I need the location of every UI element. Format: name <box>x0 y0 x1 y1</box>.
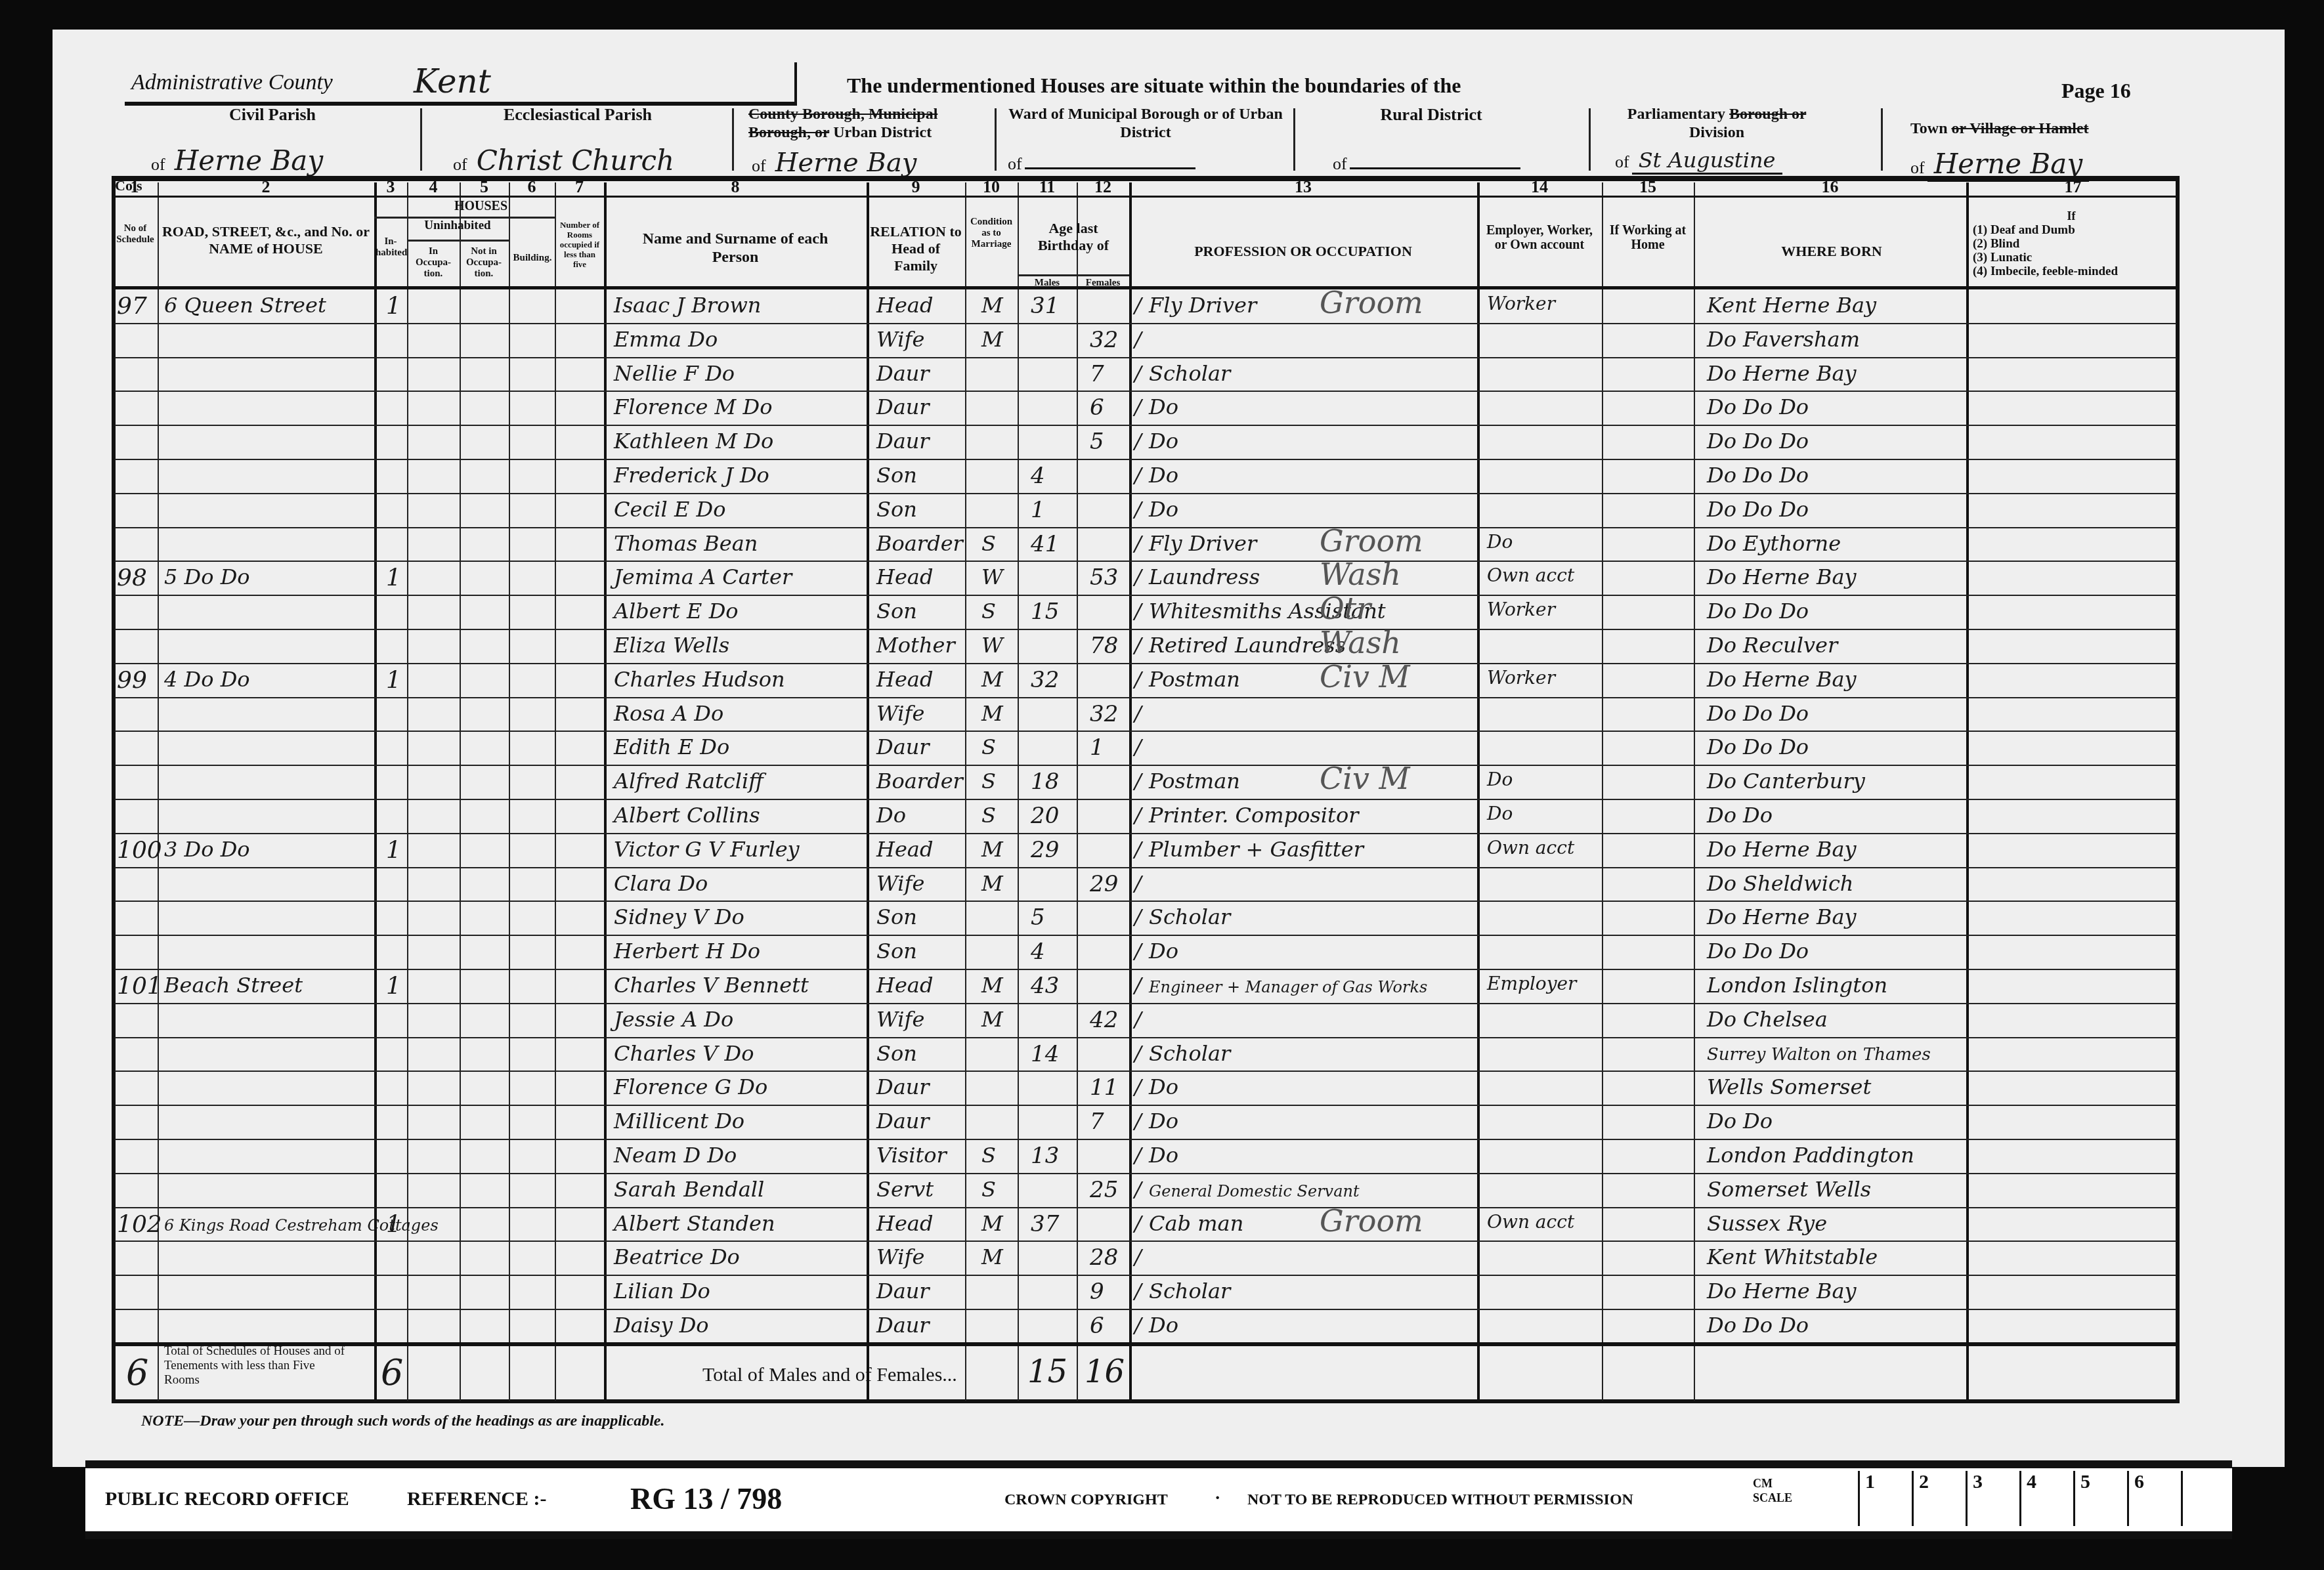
header-employer: Employer, Worker, or Own account <box>1480 223 1599 252</box>
rural-district-label: Rural District <box>1326 105 1536 125</box>
column-number: 8 <box>604 177 867 197</box>
birthplace: Do Do <box>1707 803 1773 828</box>
occupation: General Domestic Servant <box>1149 1182 1360 1200</box>
schedule-number: 100 <box>117 837 162 864</box>
table-row: Nellie F DoDaur7/ScholarDo Herne Bay <box>0 361 2324 395</box>
person-name: Rosa A Do <box>614 701 723 726</box>
employment-status: Do <box>1487 531 1513 553</box>
column-number: 12 <box>1077 177 1129 197</box>
table-row: Jessie A DoWifeM42/Do Chelsea <box>0 1007 2324 1041</box>
male-age: 43 <box>1031 973 1059 999</box>
tick-mark: / <box>1134 904 1142 929</box>
header-males: Males <box>1019 278 1075 289</box>
table-row: Alfred RatcliffBoarderS18/PostmanCiv MDo… <box>0 769 2324 803</box>
male-age: 37 <box>1031 1211 1059 1237</box>
rural-district-value <box>1350 167 1520 169</box>
male-age: 4 <box>1031 939 1045 965</box>
relation: Head <box>876 293 933 318</box>
relation: Head <box>876 564 933 589</box>
table-row: Clara DoWifeM29/Do Sheldwich <box>0 871 2324 905</box>
occupation: Retired Laundress <box>1149 633 1346 658</box>
male-age: 18 <box>1031 769 1059 795</box>
header-address: ROAD, STREET, &c., and No. or NAME of HO… <box>161 223 371 257</box>
occupation: Do <box>1149 939 1178 964</box>
person-name: Nellie F Do <box>614 361 735 386</box>
scale-mark: 4 <box>2019 1471 2071 1526</box>
eccl-parish-value: Christ Church <box>470 144 681 179</box>
occupation: Cab man <box>1149 1211 1243 1236</box>
total-houses-count: 6 <box>381 1352 403 1393</box>
person-name: Thomas Bean <box>614 531 758 556</box>
occupation-annotation: Wash <box>1320 625 1401 660</box>
county-borough-value: Herne Bay <box>769 148 924 180</box>
intro-text: The undermentioned Houses are situate wi… <box>847 74 1461 98</box>
table-row: Kathleen M DoDaur5/DoDo Do Do <box>0 429 2324 463</box>
relation: Boarder <box>876 769 963 794</box>
total-schedules-label: Total of Schedules of Houses and of Tene… <box>164 1344 348 1388</box>
female-age: 25 <box>1090 1177 1118 1203</box>
person-name: Charles V Bennett <box>614 973 809 998</box>
column-number: 2 <box>158 177 374 197</box>
marital-condition: M <box>981 871 1003 896</box>
person-name: Albert Collins <box>614 803 760 828</box>
parliamentary-label: Parliamentary Borough or Division <box>1608 105 1825 142</box>
female-age: 1 <box>1090 734 1104 761</box>
relation: Daur <box>876 1313 930 1338</box>
table-row: Daisy DoDaur6/DoDo Do Do <box>0 1313 2324 1347</box>
scale-mark: 2 <box>1912 1471 1963 1526</box>
table-row: 101Beach Street1Charles V BennettHeadM43… <box>0 973 2324 1007</box>
occupation-annotation: Otr <box>1320 591 1371 626</box>
employment-status: Own acct <box>1487 564 1574 586</box>
birthplace: Do Do Do <box>1707 463 1809 488</box>
birthplace: Do Do Do <box>1707 734 1809 759</box>
employment-status: Do <box>1487 769 1513 790</box>
header-inhabited: In-habited <box>376 236 406 259</box>
occupation: Fly Driver <box>1149 531 1257 556</box>
employment-status: Do <box>1487 803 1513 824</box>
tick-mark: / <box>1134 734 1142 759</box>
column-number: 16 <box>1694 177 1966 197</box>
occupation: Scholar <box>1149 361 1230 386</box>
female-age: 7 <box>1090 361 1104 387</box>
marital-condition: M <box>981 1007 1003 1032</box>
birthplace: Do Do Do <box>1707 939 1809 964</box>
birthplace: Do Do Do <box>1707 1313 1809 1338</box>
occupation-annotation: Civ M <box>1320 761 1410 796</box>
tick-mark: / <box>1134 429 1142 454</box>
table-row: Edith E DoDaurS1/Do Do Do <box>0 734 2324 769</box>
table-row: Millicent DoDaur7/DoDo Do <box>0 1109 2324 1143</box>
relation: Head <box>876 667 933 692</box>
tick-mark: / <box>1134 871 1142 896</box>
table-row: Florence M DoDaur6/DoDo Do Do <box>0 394 2324 429</box>
relation: Mother <box>876 633 955 658</box>
marital-condition: S <box>981 1143 996 1168</box>
total-males: 15 <box>1027 1353 1067 1390</box>
header-houses: HOUSES <box>407 199 555 213</box>
scale-mark: 1 <box>1858 1471 1909 1526</box>
marital-condition: W <box>981 564 1003 589</box>
uninhabited-rule <box>407 240 509 242</box>
table-row: 1003 Do Do1Victor G V FurleyHeadM29/Plum… <box>0 837 2324 871</box>
employment-status: Worker <box>1487 667 1555 689</box>
table-row: Rosa A DoWifeM32/Do Do Do <box>0 701 2324 735</box>
occupation: Scholar <box>1149 1279 1230 1304</box>
person-name: Charles Hudson <box>614 667 785 692</box>
scale-label: CM SCALE <box>1753 1476 1792 1505</box>
employment-status: Own acct <box>1487 837 1574 859</box>
marital-condition: M <box>981 973 1003 998</box>
relation: Servt <box>876 1177 934 1202</box>
person-name: Jessie A Do <box>614 1007 733 1032</box>
male-age: 1 <box>1031 497 1045 523</box>
header-schedule: No of Schedule <box>115 223 156 245</box>
tick-mark: / <box>1134 1143 1142 1168</box>
tick-mark: / <box>1134 939 1142 964</box>
marital-condition: S <box>981 803 996 828</box>
occupation: Fly Driver <box>1149 293 1257 318</box>
birthplace: Do Herne Bay <box>1707 361 1857 386</box>
occupation-annotation: Groom <box>1320 285 1423 320</box>
column-number: 6 <box>509 177 555 197</box>
column-number: 14 <box>1477 177 1602 197</box>
marital-condition: S <box>981 1177 996 1202</box>
male-age: 29 <box>1031 837 1059 863</box>
tick-mark: / <box>1134 531 1142 556</box>
column-number: 9 <box>867 177 965 197</box>
occupation: Do <box>1149 1109 1178 1134</box>
occupation: Printer. Compositor <box>1149 803 1359 828</box>
inhabited-count: 1 <box>386 973 401 1000</box>
occupation: Do <box>1149 1143 1178 1168</box>
tick-mark: / <box>1134 667 1142 692</box>
schedule-number: 102 <box>117 1211 162 1238</box>
tick-mark: / <box>1134 327 1142 352</box>
birthplace: Do Do Do <box>1707 701 1809 726</box>
relation: Head <box>876 837 933 862</box>
copyright-separator: · <box>1215 1488 1220 1509</box>
relation: Daur <box>876 1109 930 1134</box>
tick-mark: / <box>1134 1074 1142 1099</box>
tick-mark: / <box>1134 803 1142 828</box>
scale-mark: 6 <box>2127 1471 2178 1526</box>
reference-value: RG 13 / 798 <box>630 1481 782 1516</box>
birthplace: Surrey Walton on Thames <box>1707 1045 1931 1065</box>
column-number: 5 <box>460 177 509 197</box>
relation: Son <box>876 497 917 522</box>
header-where-born: WHERE BORN <box>1700 244 1963 259</box>
relation: Son <box>876 904 917 929</box>
relation: Wife <box>876 871 924 896</box>
marital-condition: S <box>981 734 996 759</box>
permission-label: NOT TO BE REPRODUCED WITHOUT PERMISSION <box>1247 1491 1633 1509</box>
birthplace: Do Faversham <box>1707 327 1860 352</box>
tick-mark: / <box>1134 1109 1142 1134</box>
table-row: Albert E DoSonS15/Whitesmiths AssistantO… <box>0 599 2324 633</box>
tick-mark: / <box>1134 599 1142 624</box>
female-age: 6 <box>1090 1313 1104 1339</box>
header-age: Age last Birthday of <box>1024 220 1123 254</box>
ward-value <box>1025 167 1195 169</box>
admin-county-label: Administrative County <box>131 70 333 95</box>
occupation: Do <box>1149 429 1178 454</box>
person-name: Victor G V Furley <box>614 837 800 862</box>
employment-status: Worker <box>1487 293 1555 314</box>
person-name: Kathleen M Do <box>614 429 773 454</box>
tick-mark: / <box>1134 633 1142 658</box>
header-relation: RELATION to Head of Family <box>870 223 962 274</box>
header-building: Building. <box>511 253 554 264</box>
person-name: Daisy Do <box>614 1313 709 1338</box>
birthplace: Do Herne Bay <box>1707 837 1857 862</box>
occupation-annotation: Wash <box>1320 557 1401 592</box>
relation: Daur <box>876 361 930 386</box>
male-age: 32 <box>1031 667 1059 693</box>
occupation: Engineer + Manager of Gas Works <box>1149 978 1427 996</box>
header-infirmity: (1) Deaf and Dumb (2) Blind (3) Lunatic … <box>1973 223 2176 278</box>
occupation: Postman <box>1149 667 1240 692</box>
marital-condition: M <box>981 667 1003 692</box>
relation: Wife <box>876 701 924 726</box>
tick-mark: / <box>1134 564 1142 589</box>
column-number: 3 <box>374 177 407 197</box>
person-name: Herbert H Do <box>614 939 760 964</box>
scale-mark: 5 <box>2073 1471 2124 1526</box>
person-name: Jemima A Carter <box>614 564 792 589</box>
page-number: Page 16 <box>2061 79 2131 103</box>
person-name: Lilian Do <box>614 1279 710 1304</box>
occupation: Scholar <box>1149 904 1230 929</box>
footnote: NOTE—Draw your pen through such words of… <box>141 1412 664 1430</box>
relation: Son <box>876 463 917 488</box>
male-age: 31 <box>1031 293 1059 319</box>
person-name: Florence G Do <box>614 1074 767 1099</box>
tick-mark: / <box>1134 361 1142 386</box>
person-name: Sarah Bendall <box>614 1177 764 1202</box>
relation: Head <box>876 1211 933 1236</box>
birthplace: Do Do Do <box>1707 497 1809 522</box>
person-name: Emma Do <box>614 327 718 352</box>
birthplace: Sussex Rye <box>1707 1211 1827 1236</box>
relation: Wife <box>876 1007 924 1032</box>
county-borough-field: of Herne Bay <box>752 148 988 178</box>
header-occupation: PROFESSION OR OCCUPATION <box>1136 244 1471 259</box>
relation: Son <box>876 1041 917 1066</box>
total-persons-label: Total of Males and of Females... <box>702 1364 957 1386</box>
person-name: Neam D Do <box>614 1143 737 1168</box>
person-name: Eliza Wells <box>614 633 729 658</box>
column-number: 11 <box>1018 177 1077 197</box>
birthplace: Do Herne Bay <box>1707 1279 1857 1304</box>
birthplace: Do Do Do <box>1707 599 1809 624</box>
marital-condition: M <box>981 1211 1003 1236</box>
tick-mark: / <box>1134 1211 1142 1236</box>
person-name: Frederick J Do <box>614 463 769 488</box>
civil-parish-field: of Herne Bay <box>151 144 400 177</box>
male-age: 20 <box>1031 803 1059 829</box>
town-field: of Herne Bay <box>1910 148 2089 180</box>
header-females: Females <box>1078 278 1128 289</box>
address: 6 Queen Street <box>164 293 326 318</box>
birthplace: London Paddington <box>1707 1143 1914 1168</box>
female-age: 32 <box>1090 701 1118 727</box>
occupation: Do <box>1149 463 1178 488</box>
female-age: 11 <box>1090 1074 1118 1101</box>
birthplace: London Islington <box>1707 973 1887 998</box>
person-name: Edith E Do <box>614 734 729 759</box>
person-name: Alfred Ratcliff <box>614 769 764 794</box>
female-age: 6 <box>1090 394 1104 421</box>
birthplace: Do Reculver <box>1707 633 1838 658</box>
address: Beach Street <box>164 973 303 998</box>
female-age: 42 <box>1090 1007 1118 1033</box>
table-row: 994 Do Do1Charles HudsonHeadM32/PostmanC… <box>0 667 2324 701</box>
male-age: 13 <box>1031 1143 1059 1169</box>
marital-condition: S <box>981 769 996 794</box>
reference-label: REFERENCE :- <box>407 1488 547 1510</box>
table-row: Eliza WellsMotherW78/Retired LaundressWa… <box>0 633 2324 667</box>
birthplace: Do Chelsea <box>1707 1007 1828 1032</box>
employment-status: Own acct <box>1487 1211 1574 1233</box>
inhabited-count: 1 <box>386 837 401 864</box>
tick-mark: / <box>1134 463 1142 488</box>
table-row: 985 Do Do1Jemima A CarterHeadW53/Laundre… <box>0 564 2324 599</box>
boundary-header: Civil Parish of Herne Bay Ecclesiastical… <box>112 102 2180 177</box>
relation: Son <box>876 599 917 624</box>
occupation: Postman <box>1149 769 1240 794</box>
marital-condition: M <box>981 837 1003 862</box>
inhabited-count: 1 <box>386 293 401 320</box>
tick-mark: / <box>1134 701 1142 726</box>
column-number: 13 <box>1129 177 1477 197</box>
female-age: 53 <box>1090 564 1118 591</box>
age-rule <box>1018 274 1129 276</box>
tick-mark: / <box>1134 1007 1142 1032</box>
employment-status: Worker <box>1487 599 1555 620</box>
tick-mark: / <box>1134 394 1142 419</box>
table-row: Albert CollinsDoS20/Printer. CompositorD… <box>0 803 2324 837</box>
occupation: Scholar <box>1149 1041 1230 1066</box>
birthplace: Kent Whitstable <box>1707 1244 1878 1269</box>
eccl-parish-field: of Christ Church <box>453 144 716 177</box>
tick-mark: / <box>1134 1279 1142 1304</box>
female-age: 29 <box>1090 871 1118 897</box>
town-label: Town or Village or Hamlet <box>1910 120 2147 138</box>
relation: Visitor <box>876 1143 947 1168</box>
header-not-in-occupation: Not in Occupa-tion. <box>461 246 507 280</box>
tick-mark: / <box>1134 497 1142 522</box>
table-row: Herbert H DoSon4/DoDo Do Do <box>0 939 2324 973</box>
relation: Head <box>876 973 933 998</box>
occupation-annotation: Civ M <box>1320 659 1410 694</box>
column-number: 4 <box>407 177 460 197</box>
relation: Daur <box>876 1279 930 1304</box>
person-name: Albert Standen <box>614 1211 775 1236</box>
admin-county-value: Kent <box>414 62 491 100</box>
tick-mark: / <box>1134 837 1142 862</box>
female-age: 78 <box>1090 633 1118 659</box>
header-condition: Condition as to Marriage <box>968 217 1014 250</box>
header-name: Name and Surname of each Person <box>630 230 840 266</box>
male-age: 41 <box>1031 531 1059 557</box>
marital-condition: M <box>981 327 1003 352</box>
column-number: 7 <box>555 177 604 197</box>
reference-bar: PUBLIC RECORD OFFICE REFERENCE :- RG 13 … <box>85 1460 2232 1539</box>
tick-mark: / <box>1134 293 1142 318</box>
column-number: 15 <box>1602 177 1694 197</box>
tick-mark: / <box>1134 1041 1142 1066</box>
table-row: Cecil E DoSon1/DoDo Do Do <box>0 497 2324 531</box>
rural-district-field: of <box>1333 154 1520 174</box>
occupation: Do <box>1149 1074 1178 1099</box>
relation: Daur <box>876 394 930 419</box>
county-borough-label: County Borough, Municipal Borough, or Ur… <box>748 105 978 142</box>
copyright-label: CROWN COPYRIGHT <box>1004 1491 1168 1509</box>
tick-mark: / <box>1134 973 1142 998</box>
admin-county-box: Administrative County Kent <box>125 62 797 106</box>
marital-condition: W <box>981 633 1003 658</box>
birthplace: Do Herne Bay <box>1707 564 1857 589</box>
occupation: Plumber + Gasfitter <box>1149 837 1364 862</box>
birthplace: Do Herne Bay <box>1707 904 1857 929</box>
marital-condition: M <box>981 1244 1003 1269</box>
relation: Daur <box>876 1074 930 1099</box>
column-number: 1 <box>112 177 158 197</box>
person-name: Albert E Do <box>614 599 739 624</box>
birthplace: Do Do <box>1707 1109 1773 1134</box>
female-age: 28 <box>1090 1244 1118 1271</box>
table-row: Sidney V DoSon5/ScholarDo Herne Bay <box>0 904 2324 939</box>
table-row: Florence G DoDaur11/DoWells Somerset <box>0 1074 2324 1109</box>
relation: Boarder <box>876 531 963 556</box>
table-row: Emma DoWifeM32/Do Faversham <box>0 327 2324 361</box>
relation: Daur <box>876 734 930 759</box>
person-name: Cecil E Do <box>614 497 725 522</box>
civil-parish-value: Herne Bay <box>168 144 330 179</box>
header-at-home: If Working at Home <box>1608 223 1687 252</box>
total-females: 16 <box>1085 1353 1125 1390</box>
header-rooms: Number of Rooms occupied if less than fi… <box>557 220 603 269</box>
occupation: Do <box>1149 394 1178 419</box>
male-age: 5 <box>1031 904 1045 931</box>
relation: Do <box>876 803 906 828</box>
inhabited-count: 1 <box>386 1211 401 1238</box>
table-row: Lilian DoDaur9/ScholarDo Herne Bay <box>0 1279 2324 1313</box>
marital-condition: S <box>981 531 996 556</box>
female-age: 9 <box>1090 1279 1104 1305</box>
table-row: Charles V DoSon14/ScholarSurrey Walton o… <box>0 1041 2324 1075</box>
birthplace: Somerset Wells <box>1707 1177 1871 1202</box>
birthplace: Kent Herne Bay <box>1707 293 1876 318</box>
office-label: PUBLIC RECORD OFFICE <box>105 1488 349 1510</box>
parliamentary-value: St Augustine <box>1632 148 1782 175</box>
occupation-annotation: Groom <box>1320 1203 1423 1239</box>
person-name: Sidney V Do <box>614 904 744 929</box>
female-age: 32 <box>1090 327 1118 353</box>
male-age: 4 <box>1031 463 1045 489</box>
header-in-occupation: In Occupa-tion. <box>410 246 457 280</box>
male-age: 15 <box>1031 599 1059 625</box>
relation: Son <box>876 939 917 964</box>
table-row: 1026 Kings Road Cestreham Cottages1Alber… <box>0 1211 2324 1245</box>
tick-mark: / <box>1134 1177 1142 1202</box>
tick-mark: / <box>1134 1244 1142 1269</box>
female-age: 5 <box>1090 429 1104 455</box>
address: 4 Do Do <box>164 667 250 692</box>
table-row: Neam D DoVisitorS13/DoLondon Paddington <box>0 1143 2324 1177</box>
table-row: Thomas BeanBoarderS41/Fly DriverGroomDoD… <box>0 531 2324 565</box>
